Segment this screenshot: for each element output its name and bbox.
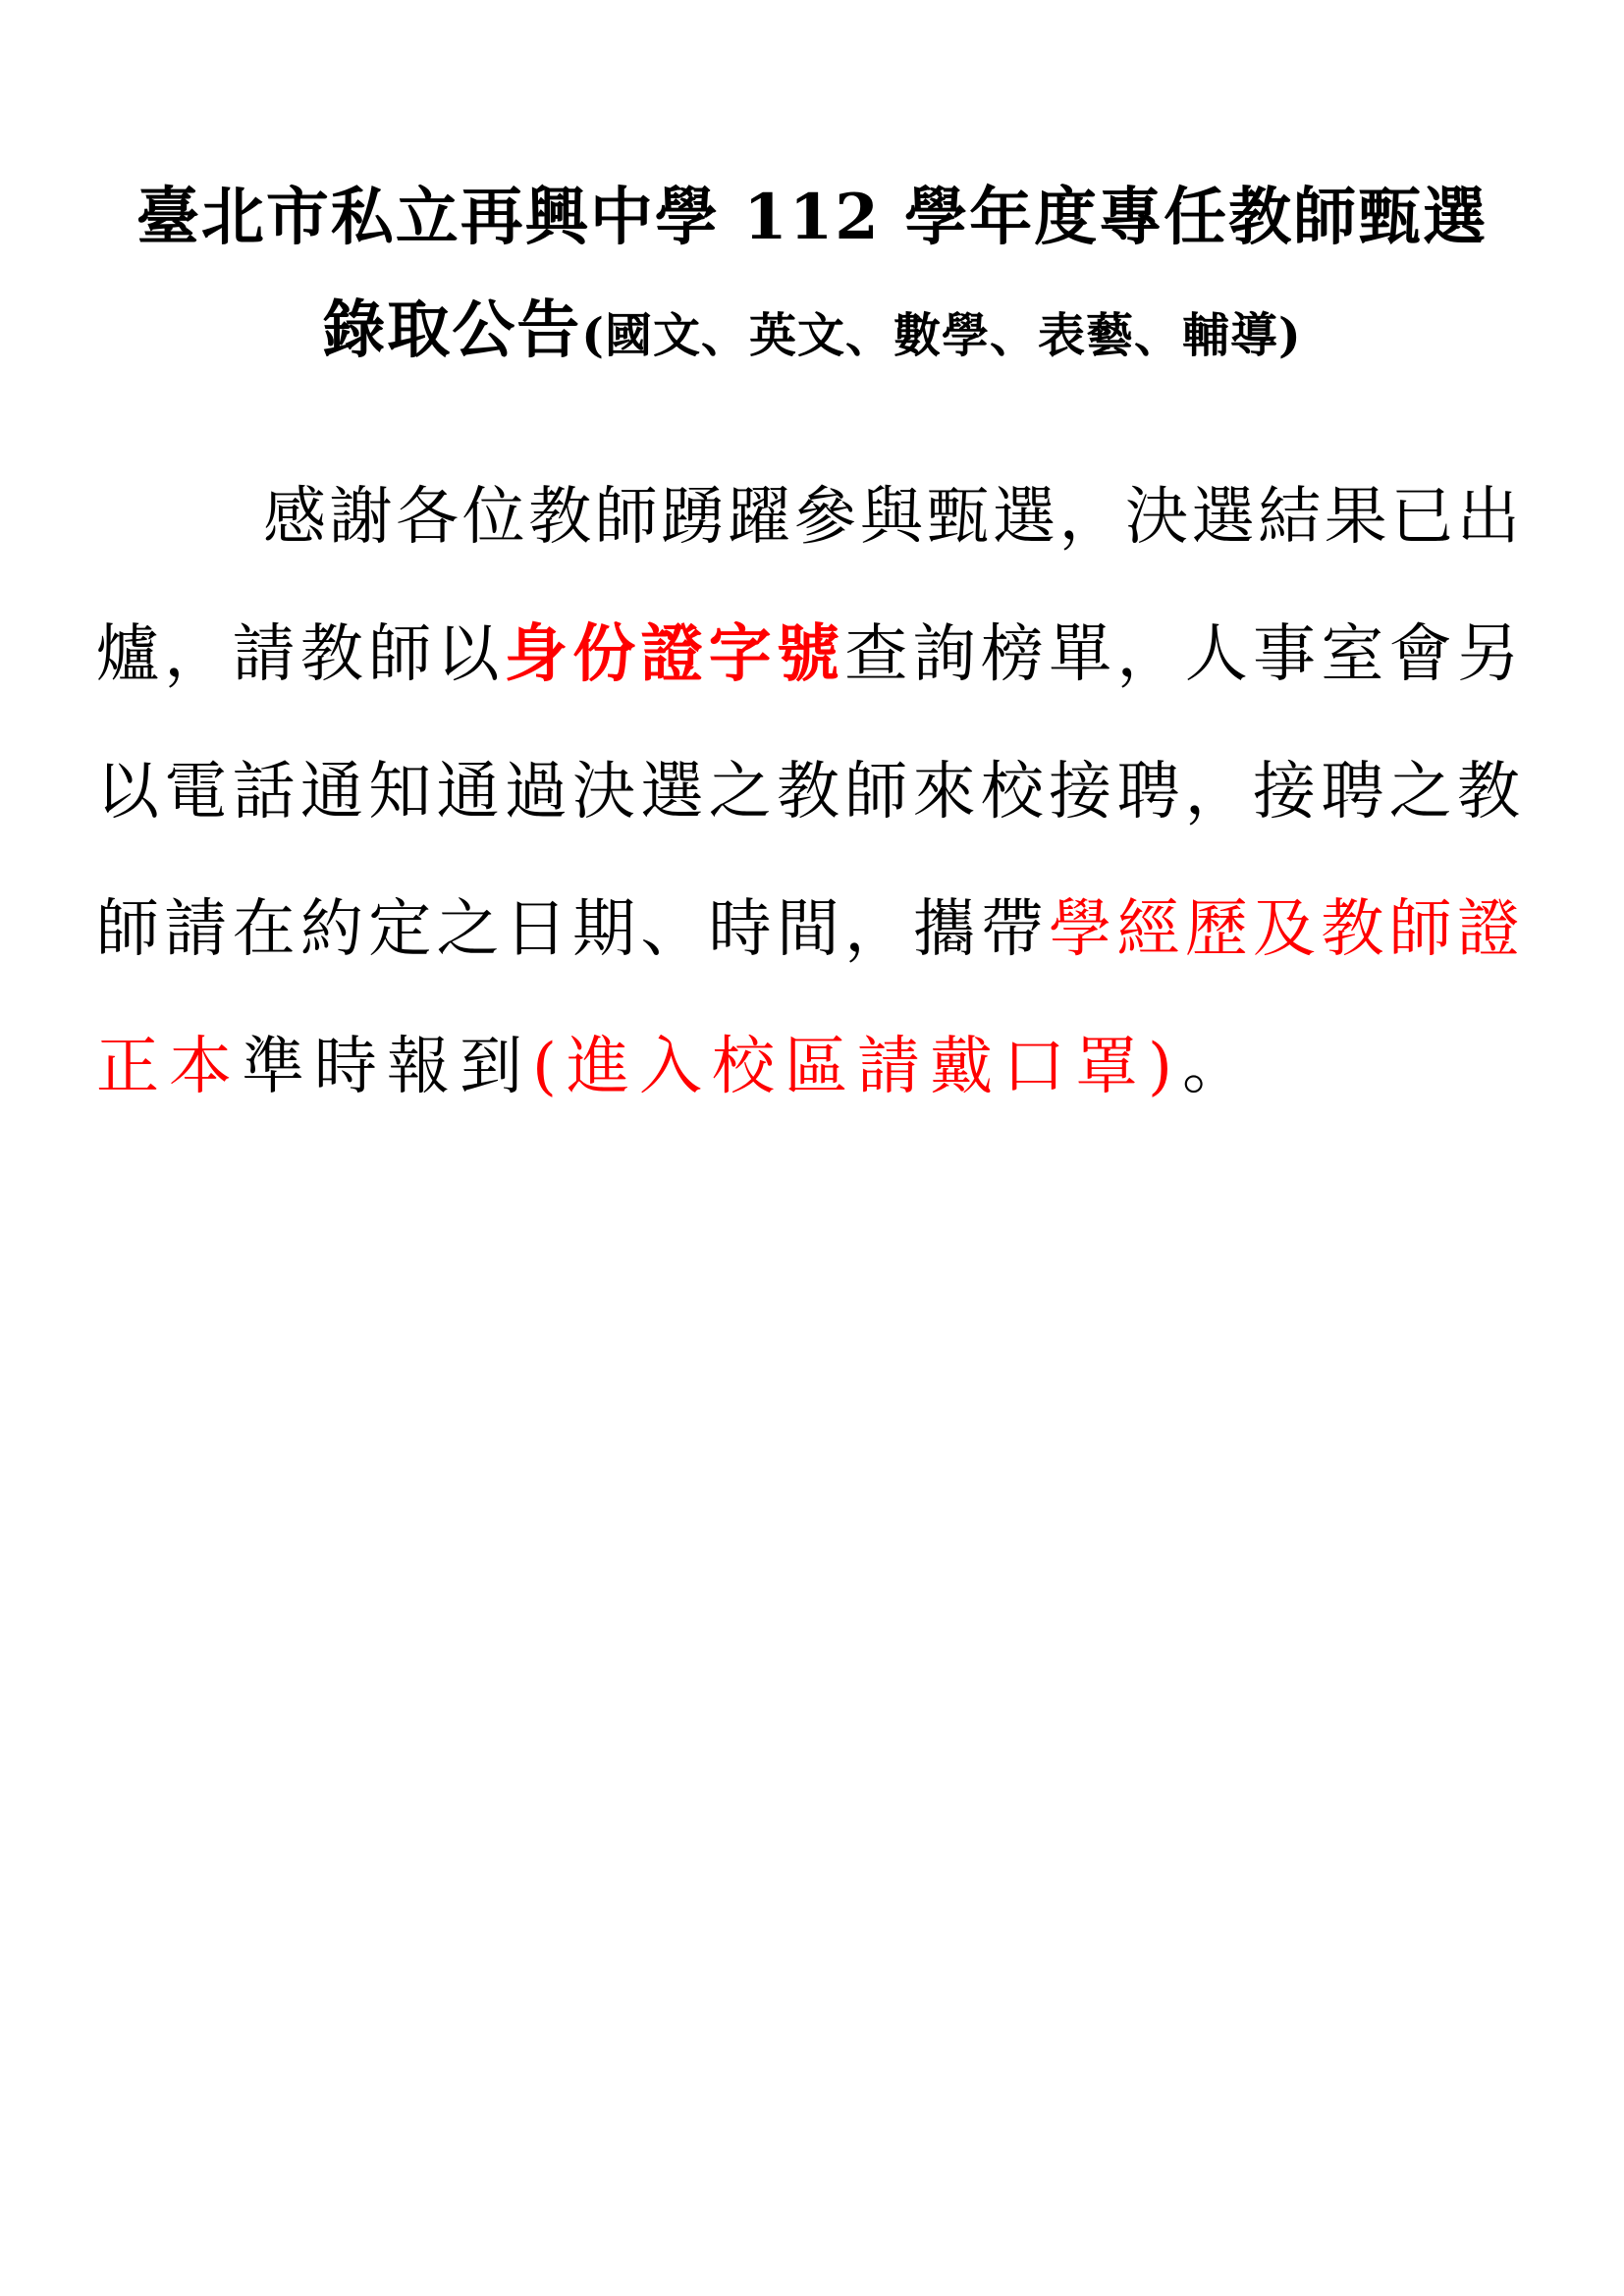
text-char: 、 bbox=[640, 897, 703, 962]
text-char: 話 bbox=[233, 760, 296, 825]
text-char: 期 bbox=[572, 897, 635, 962]
text-char: 已 bbox=[1390, 485, 1453, 550]
text-char: 躍 bbox=[728, 485, 790, 550]
text-char: 決 bbox=[572, 760, 635, 825]
text-char: 學 bbox=[1049, 897, 1111, 962]
text-char: 攜 bbox=[913, 897, 976, 962]
text-char: 出 bbox=[1457, 485, 1520, 550]
text-char: 謝 bbox=[330, 485, 393, 550]
text-char: 爐 bbox=[96, 622, 159, 687]
text-char: 聘 bbox=[1321, 760, 1383, 825]
document-title-line2: 錄取公告(國文、英文、數學、表藝、輔導) bbox=[0, 294, 1624, 372]
text-char: 師 bbox=[96, 897, 159, 962]
text-char: ， bbox=[1116, 622, 1179, 687]
text-char: 字 bbox=[709, 622, 772, 687]
text-char: 入 bbox=[639, 1035, 702, 1099]
text-char: 號 bbox=[777, 622, 839, 687]
text-char: 。 bbox=[1182, 1035, 1245, 1099]
text-char: 口 bbox=[1002, 1035, 1065, 1099]
text-char: 教 bbox=[1321, 897, 1383, 962]
text-char: 本 bbox=[169, 1035, 232, 1099]
text-char: 接 bbox=[1253, 760, 1316, 825]
text-char: 到 bbox=[460, 1035, 522, 1099]
text-char: 通 bbox=[300, 760, 363, 825]
body-line: 感謝各位教師踴躍參與甄選，決選結果已出 bbox=[96, 485, 1520, 550]
text-char: 師 bbox=[1389, 897, 1452, 962]
text-char: 罩 bbox=[1075, 1035, 1138, 1099]
text-char: ， bbox=[164, 622, 227, 687]
text-char: 進 bbox=[567, 1035, 629, 1099]
text-char: 聘 bbox=[1116, 760, 1179, 825]
text-char: 過 bbox=[505, 760, 568, 825]
text-char: 時 bbox=[314, 1035, 377, 1099]
text-char: 人 bbox=[1185, 622, 1248, 687]
text-char: 報 bbox=[387, 1035, 450, 1099]
text-char: 戴 bbox=[930, 1035, 993, 1099]
text-char: 在 bbox=[233, 897, 296, 962]
text-char: 會 bbox=[1389, 622, 1452, 687]
text-char: 選 bbox=[1192, 485, 1255, 550]
body-paragraph: 感謝各位教師踴躍參與甄選，決選結果已出爐，請教師以身份證字號查詢榜單，人事室會另… bbox=[96, 485, 1520, 1099]
text-char: 教 bbox=[528, 485, 591, 550]
text-char: 日 bbox=[505, 897, 568, 962]
text-char: 間 bbox=[777, 897, 839, 962]
text-char: 身 bbox=[505, 622, 568, 687]
title-announcement-label: 錄取公告 bbox=[322, 294, 581, 367]
text-char: 約 bbox=[300, 897, 363, 962]
text-char: 結 bbox=[1258, 485, 1321, 550]
text-char: 感 bbox=[263, 485, 326, 550]
title-subject-list: (國文、英文、數學、表藝、輔導) bbox=[581, 308, 1301, 363]
text-char: 請 bbox=[233, 622, 296, 687]
text-char: 室 bbox=[1321, 622, 1383, 687]
text-char: 師 bbox=[844, 760, 907, 825]
text-char: ， bbox=[1059, 485, 1122, 550]
text-char: 請 bbox=[164, 897, 227, 962]
text-char: ) bbox=[1148, 1035, 1172, 1099]
text-char: 位 bbox=[462, 485, 525, 550]
document-title-line1: 臺北市私立再興中學 112 學年度專任教師甄選 bbox=[0, 181, 1624, 255]
text-char: 查 bbox=[844, 622, 907, 687]
text-char: 選 bbox=[640, 760, 703, 825]
text-char: 之 bbox=[709, 760, 772, 825]
text-char: 單 bbox=[1049, 622, 1111, 687]
text-char: 師 bbox=[595, 485, 658, 550]
body-line: 正本準時報到(進入校區請戴口罩)。 bbox=[96, 1035, 1520, 1099]
text-char: 甄 bbox=[926, 485, 989, 550]
text-char: 各 bbox=[396, 485, 459, 550]
text-char: 知 bbox=[368, 760, 431, 825]
text-char: 經 bbox=[1116, 897, 1179, 962]
text-char: 參 bbox=[793, 485, 856, 550]
text-char: 事 bbox=[1253, 622, 1316, 687]
text-char: 證 bbox=[1457, 897, 1520, 962]
text-char: 正 bbox=[96, 1035, 159, 1099]
text-char: 來 bbox=[913, 760, 976, 825]
text-char: 證 bbox=[640, 622, 703, 687]
text-char: 以 bbox=[436, 622, 499, 687]
text-char: 教 bbox=[300, 622, 363, 687]
text-char: 決 bbox=[1125, 485, 1188, 550]
text-char: 區 bbox=[785, 1035, 847, 1099]
text-char: 準 bbox=[242, 1035, 304, 1099]
text-char: 與 bbox=[860, 485, 923, 550]
text-char: 接 bbox=[1049, 760, 1111, 825]
body-line: 師請在約定之日期、時間，攜帶學經歷及教師證 bbox=[96, 897, 1520, 962]
text-char: 另 bbox=[1457, 622, 1520, 687]
text-char: 請 bbox=[857, 1035, 920, 1099]
text-char: ， bbox=[844, 897, 907, 962]
text-char: 通 bbox=[436, 760, 499, 825]
text-char: 電 bbox=[164, 760, 227, 825]
text-char: 選 bbox=[993, 485, 1056, 550]
text-char: 以 bbox=[96, 760, 159, 825]
text-char: ( bbox=[532, 1035, 557, 1099]
text-char: 榜 bbox=[981, 622, 1044, 687]
text-char: 時 bbox=[709, 897, 772, 962]
text-char: 教 bbox=[777, 760, 839, 825]
text-char: 定 bbox=[368, 897, 431, 962]
text-char: 份 bbox=[572, 622, 635, 687]
text-char: 踴 bbox=[661, 485, 724, 550]
text-char: 詢 bbox=[913, 622, 976, 687]
text-char: 之 bbox=[436, 897, 499, 962]
text-char: 果 bbox=[1325, 485, 1387, 550]
text-char: ， bbox=[1185, 760, 1248, 825]
body-line: 爐，請教師以身份證字號查詢榜單，人事室會另 bbox=[96, 622, 1520, 687]
text-char: 歷 bbox=[1185, 897, 1248, 962]
body-line: 以電話通知通過決選之教師來校接聘，接聘之教 bbox=[96, 760, 1520, 825]
document-page: 臺北市私立再興中學 112 學年度專任教師甄選 錄取公告(國文、英文、數學、表藝… bbox=[0, 0, 1624, 2296]
text-char: 之 bbox=[1389, 760, 1452, 825]
text-char: 師 bbox=[368, 622, 431, 687]
text-char: 教 bbox=[1457, 760, 1520, 825]
text-char: 及 bbox=[1253, 897, 1316, 962]
text-char: 校 bbox=[712, 1035, 775, 1099]
text-char: 帶 bbox=[981, 897, 1044, 962]
text-char: 校 bbox=[981, 760, 1044, 825]
